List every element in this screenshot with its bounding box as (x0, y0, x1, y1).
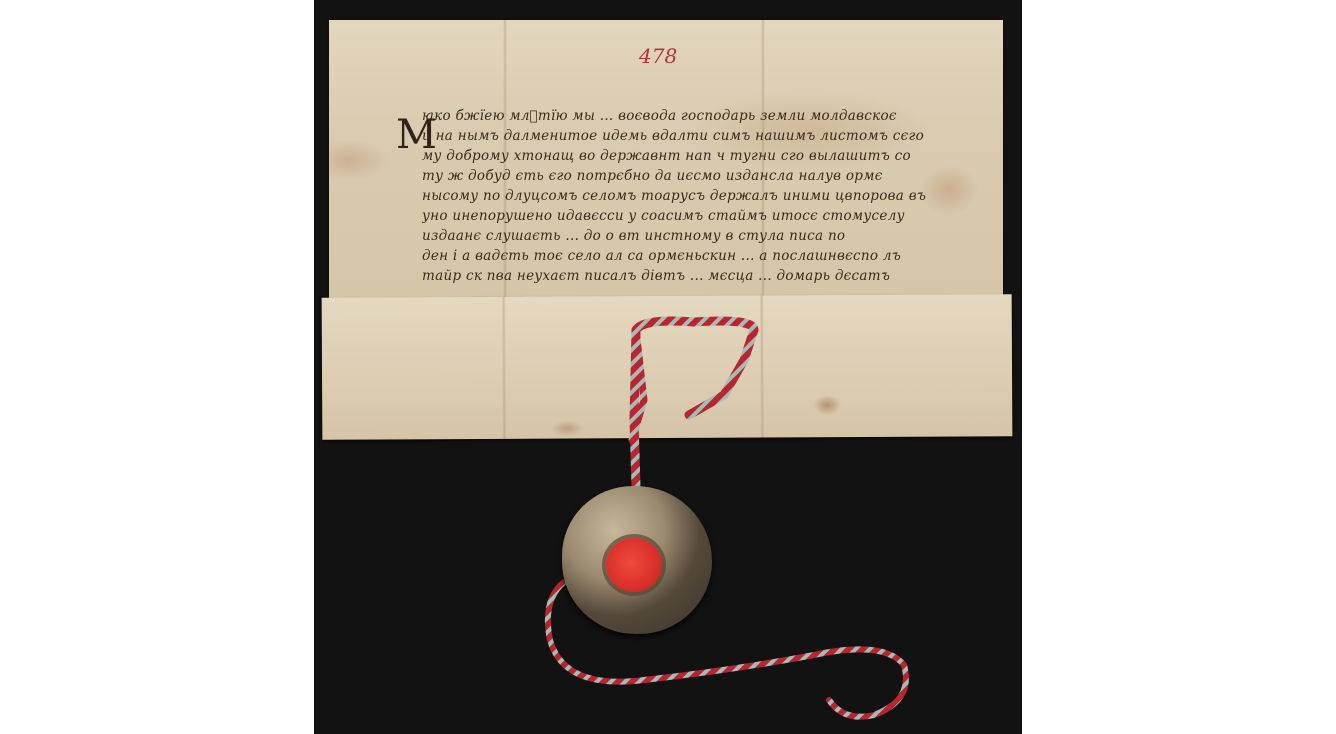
pendant-seal (562, 486, 712, 634)
red-wax-seal-impression (606, 538, 662, 592)
charter-photograph: 478 M ꙗко бжїею млⷭтїю мы ... воєвода го… (314, 0, 1022, 734)
